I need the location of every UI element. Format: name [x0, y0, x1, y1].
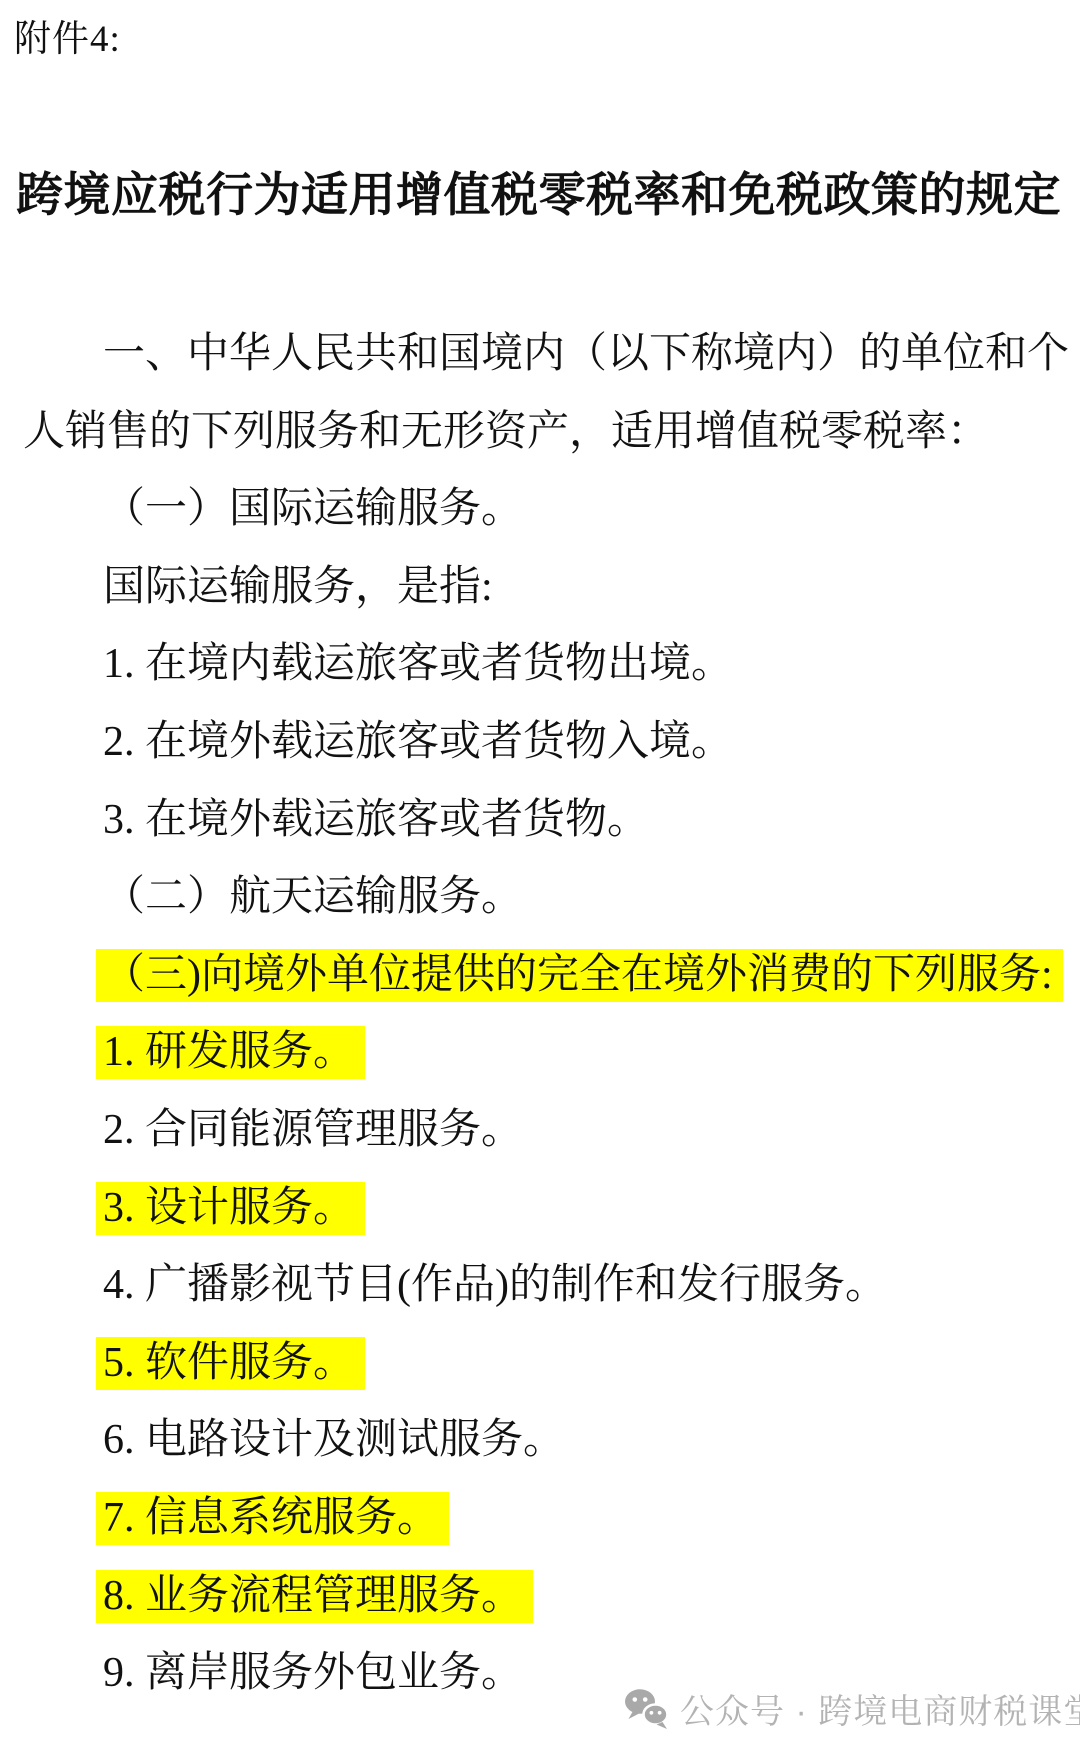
- document-line: 4. 广播影视节目(作品)的制作和发行服务。: [16, 1259, 897, 1312]
- highlighted-line-text: 3. 设计服务。: [96, 1182, 365, 1235]
- highlighted-line-text: 1. 研发服务。: [96, 1026, 365, 1079]
- document-line: （三)向境外单位提供的完全在境外消费的下列服务:: [16, 949, 1063, 1002]
- document-line: 1. 研发服务。: [16, 1026, 365, 1079]
- watermark: 公众号 · 跨境电商财税课堂: [624, 1684, 1080, 1733]
- document-line: （一）国际运输服务。: [16, 483, 533, 536]
- line-text: （二）航天运输服务。: [96, 871, 533, 924]
- document-line: 7. 信息系统服务。: [16, 1492, 449, 1545]
- document-lines: 一、中华人民共和国境内（以下称境内）的单位和个人销售的下列服务和无形资产，适用增…: [0, 0, 1080, 1752]
- line-text: 4. 广播影视节目(作品)的制作和发行服务。: [96, 1259, 897, 1312]
- document-line: 6. 电路设计及测试服务。: [16, 1414, 575, 1467]
- document-line: 3. 在境外载运旅客或者货物。: [16, 794, 659, 847]
- line-text: 1. 在境内载运旅客或者货物出境。: [96, 638, 743, 691]
- document-line: （二）航天运输服务。: [16, 871, 533, 924]
- line-text: 9. 离岸服务外包业务。: [96, 1647, 533, 1700]
- document-line: 5. 软件服务。: [16, 1337, 365, 1390]
- document-line: 3. 设计服务。: [16, 1182, 365, 1235]
- highlighted-line-text: 8. 业务流程管理服务。: [96, 1570, 533, 1623]
- line-text: 2. 合同能源管理服务。: [96, 1104, 533, 1157]
- watermark-text: 公众号 · 跨境电商财税课堂: [680, 1684, 1080, 1733]
- document-line: 2. 合同能源管理服务。: [16, 1104, 533, 1157]
- line-text: 人销售的下列服务和无形资产，适用增值税零税率：: [16, 406, 999, 459]
- document-line: 国际运输服务，是指:: [16, 561, 503, 614]
- document-line: 8. 业务流程管理服务。: [16, 1570, 533, 1623]
- document-line: 一、中华人民共和国境内（以下称境内）的单位和个: [16, 328, 1079, 381]
- document-line: 人销售的下列服务和无形资产，适用增值税零税率：: [16, 406, 999, 459]
- line-text: 3. 在境外载运旅客或者货物。: [96, 794, 659, 847]
- line-text: （一）国际运输服务。: [96, 483, 533, 536]
- document-page: 附件4: 跨境应税行为适用增值税零税率和免税政策的规定 一、中华人民共和国境内（…: [0, 0, 1080, 1752]
- highlighted-line-text: 5. 软件服务。: [96, 1337, 365, 1390]
- highlighted-line-text: （三)向境外单位提供的完全在境外消费的下列服务:: [96, 949, 1063, 1002]
- line-text: 6. 电路设计及测试服务。: [96, 1414, 575, 1467]
- line-text: 国际运输服务，是指:: [96, 561, 503, 614]
- line-text: 一、中华人民共和国境内（以下称境内）的单位和个: [96, 328, 1079, 381]
- document-line: 9. 离岸服务外包业务。: [16, 1647, 533, 1700]
- line-text: 2. 在境外载运旅客或者货物入境。: [96, 716, 743, 769]
- highlighted-line-text: 7. 信息系统服务。: [96, 1492, 449, 1545]
- wechat-icon: [624, 1688, 670, 1730]
- document-line: 1. 在境内载运旅客或者货物出境。: [16, 638, 743, 691]
- document-line: 2. 在境外载运旅客或者货物入境。: [16, 716, 743, 769]
